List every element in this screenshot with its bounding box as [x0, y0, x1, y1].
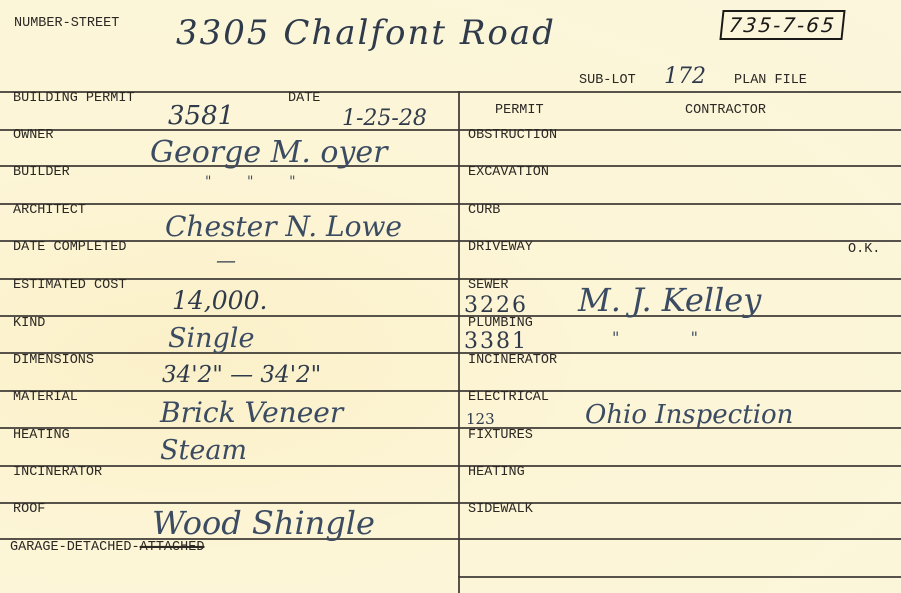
row-divider: [0, 91, 901, 93]
incinerator-permit-label: INCINERATOR: [468, 354, 557, 368]
excavation-label: EXCAVATION: [468, 166, 549, 180]
number-street-label: NUMBER-STREET: [14, 17, 119, 31]
file-number: 735-7-65: [719, 10, 845, 40]
sewer-permit: 3226: [464, 295, 528, 317]
row-divider: [0, 390, 901, 392]
sewer-label: SEWER: [468, 279, 509, 293]
row-divider: [458, 576, 901, 578]
garage-detached-text: GARAGE-DETACHED-: [10, 540, 140, 556]
heating-value: Steam: [160, 437, 247, 464]
electrical-contractor: Ohio Inspection: [585, 402, 793, 428]
contractor-column-header: CONTRACTOR: [685, 104, 766, 118]
architect-label: ARCHITECT: [13, 204, 86, 218]
row-divider: [0, 203, 901, 205]
driveway-status: O.K.: [848, 243, 880, 257]
material-label: MATERIAL: [13, 391, 78, 405]
sub-lot-value: 172: [664, 66, 706, 88]
kind-value: Single: [168, 325, 254, 352]
architect-value: Chester N. Lowe: [165, 213, 402, 241]
electrical-permit: 123: [466, 412, 495, 427]
row-divider: [0, 240, 901, 242]
row-divider: [0, 315, 901, 317]
row-divider: [0, 502, 901, 504]
material-value: Brick Veneer: [160, 399, 343, 427]
driveway-label: DRIVEWAY: [468, 241, 533, 255]
row-divider: [0, 165, 901, 167]
estimated-cost-label: ESTIMATED COST: [13, 279, 126, 293]
row-divider: [0, 352, 901, 354]
plan-file-label: PLAN FILE: [734, 74, 807, 88]
sewer-contractor: M. J. Kelley: [578, 284, 761, 316]
roof-label: ROOF: [13, 503, 45, 517]
date-value: 1-25-28: [342, 108, 427, 130]
fixtures-label: FIXTURES: [468, 429, 533, 443]
garage-label: GARAGE-DETACHED-ATTACHED: [10, 541, 204, 555]
number-street-value: 3305 Chalfont Road: [176, 16, 556, 50]
incinerator-label: INCINERATOR: [13, 466, 102, 480]
building-permit-label: BUILDING PERMIT: [13, 92, 135, 106]
row-divider: [0, 465, 901, 467]
dimensions-value: 34'2" — 34'2": [162, 364, 321, 387]
date-completed-value: —: [216, 250, 236, 270]
roof-value: Wood Shingle: [152, 507, 375, 539]
dimensions-label: DIMENSIONS: [13, 354, 94, 368]
sidewalk-label: SIDEWALK: [468, 503, 533, 517]
permit-card: NUMBER-STREET 3305 Chalfont Road 735-7-6…: [0, 0, 901, 593]
plumbing-contractor: " ": [612, 330, 698, 346]
owner-value: George M. oyer: [150, 138, 388, 168]
sub-lot-label: SUB-LOT: [579, 74, 636, 88]
curb-label: CURB: [468, 204, 500, 218]
owner-label: OWNER: [13, 129, 54, 143]
date-completed-label: DATE COMPLETED: [13, 241, 126, 255]
builder-label: BUILDER: [13, 166, 70, 180]
permit-column-header: PERMIT: [495, 104, 544, 118]
heating-permit-label: HEATING: [468, 466, 525, 480]
heating-label: HEATING: [13, 429, 70, 443]
garage-attached-struck-text: ATTACHED: [140, 540, 205, 556]
plumbing-permit: 3381: [464, 331, 528, 353]
estimated-cost-value: 14,000.: [172, 288, 267, 313]
building-permit-value: 3581: [168, 103, 234, 129]
kind-label: KIND: [13, 317, 45, 331]
row-divider: [0, 129, 901, 131]
row-divider: [0, 278, 901, 280]
builder-value: " " ": [205, 175, 296, 189]
electrical-label: ELECTRICAL: [468, 391, 549, 405]
date-label: DATE: [288, 92, 320, 106]
obstruction-label: OBSTRUCTION: [468, 129, 557, 143]
